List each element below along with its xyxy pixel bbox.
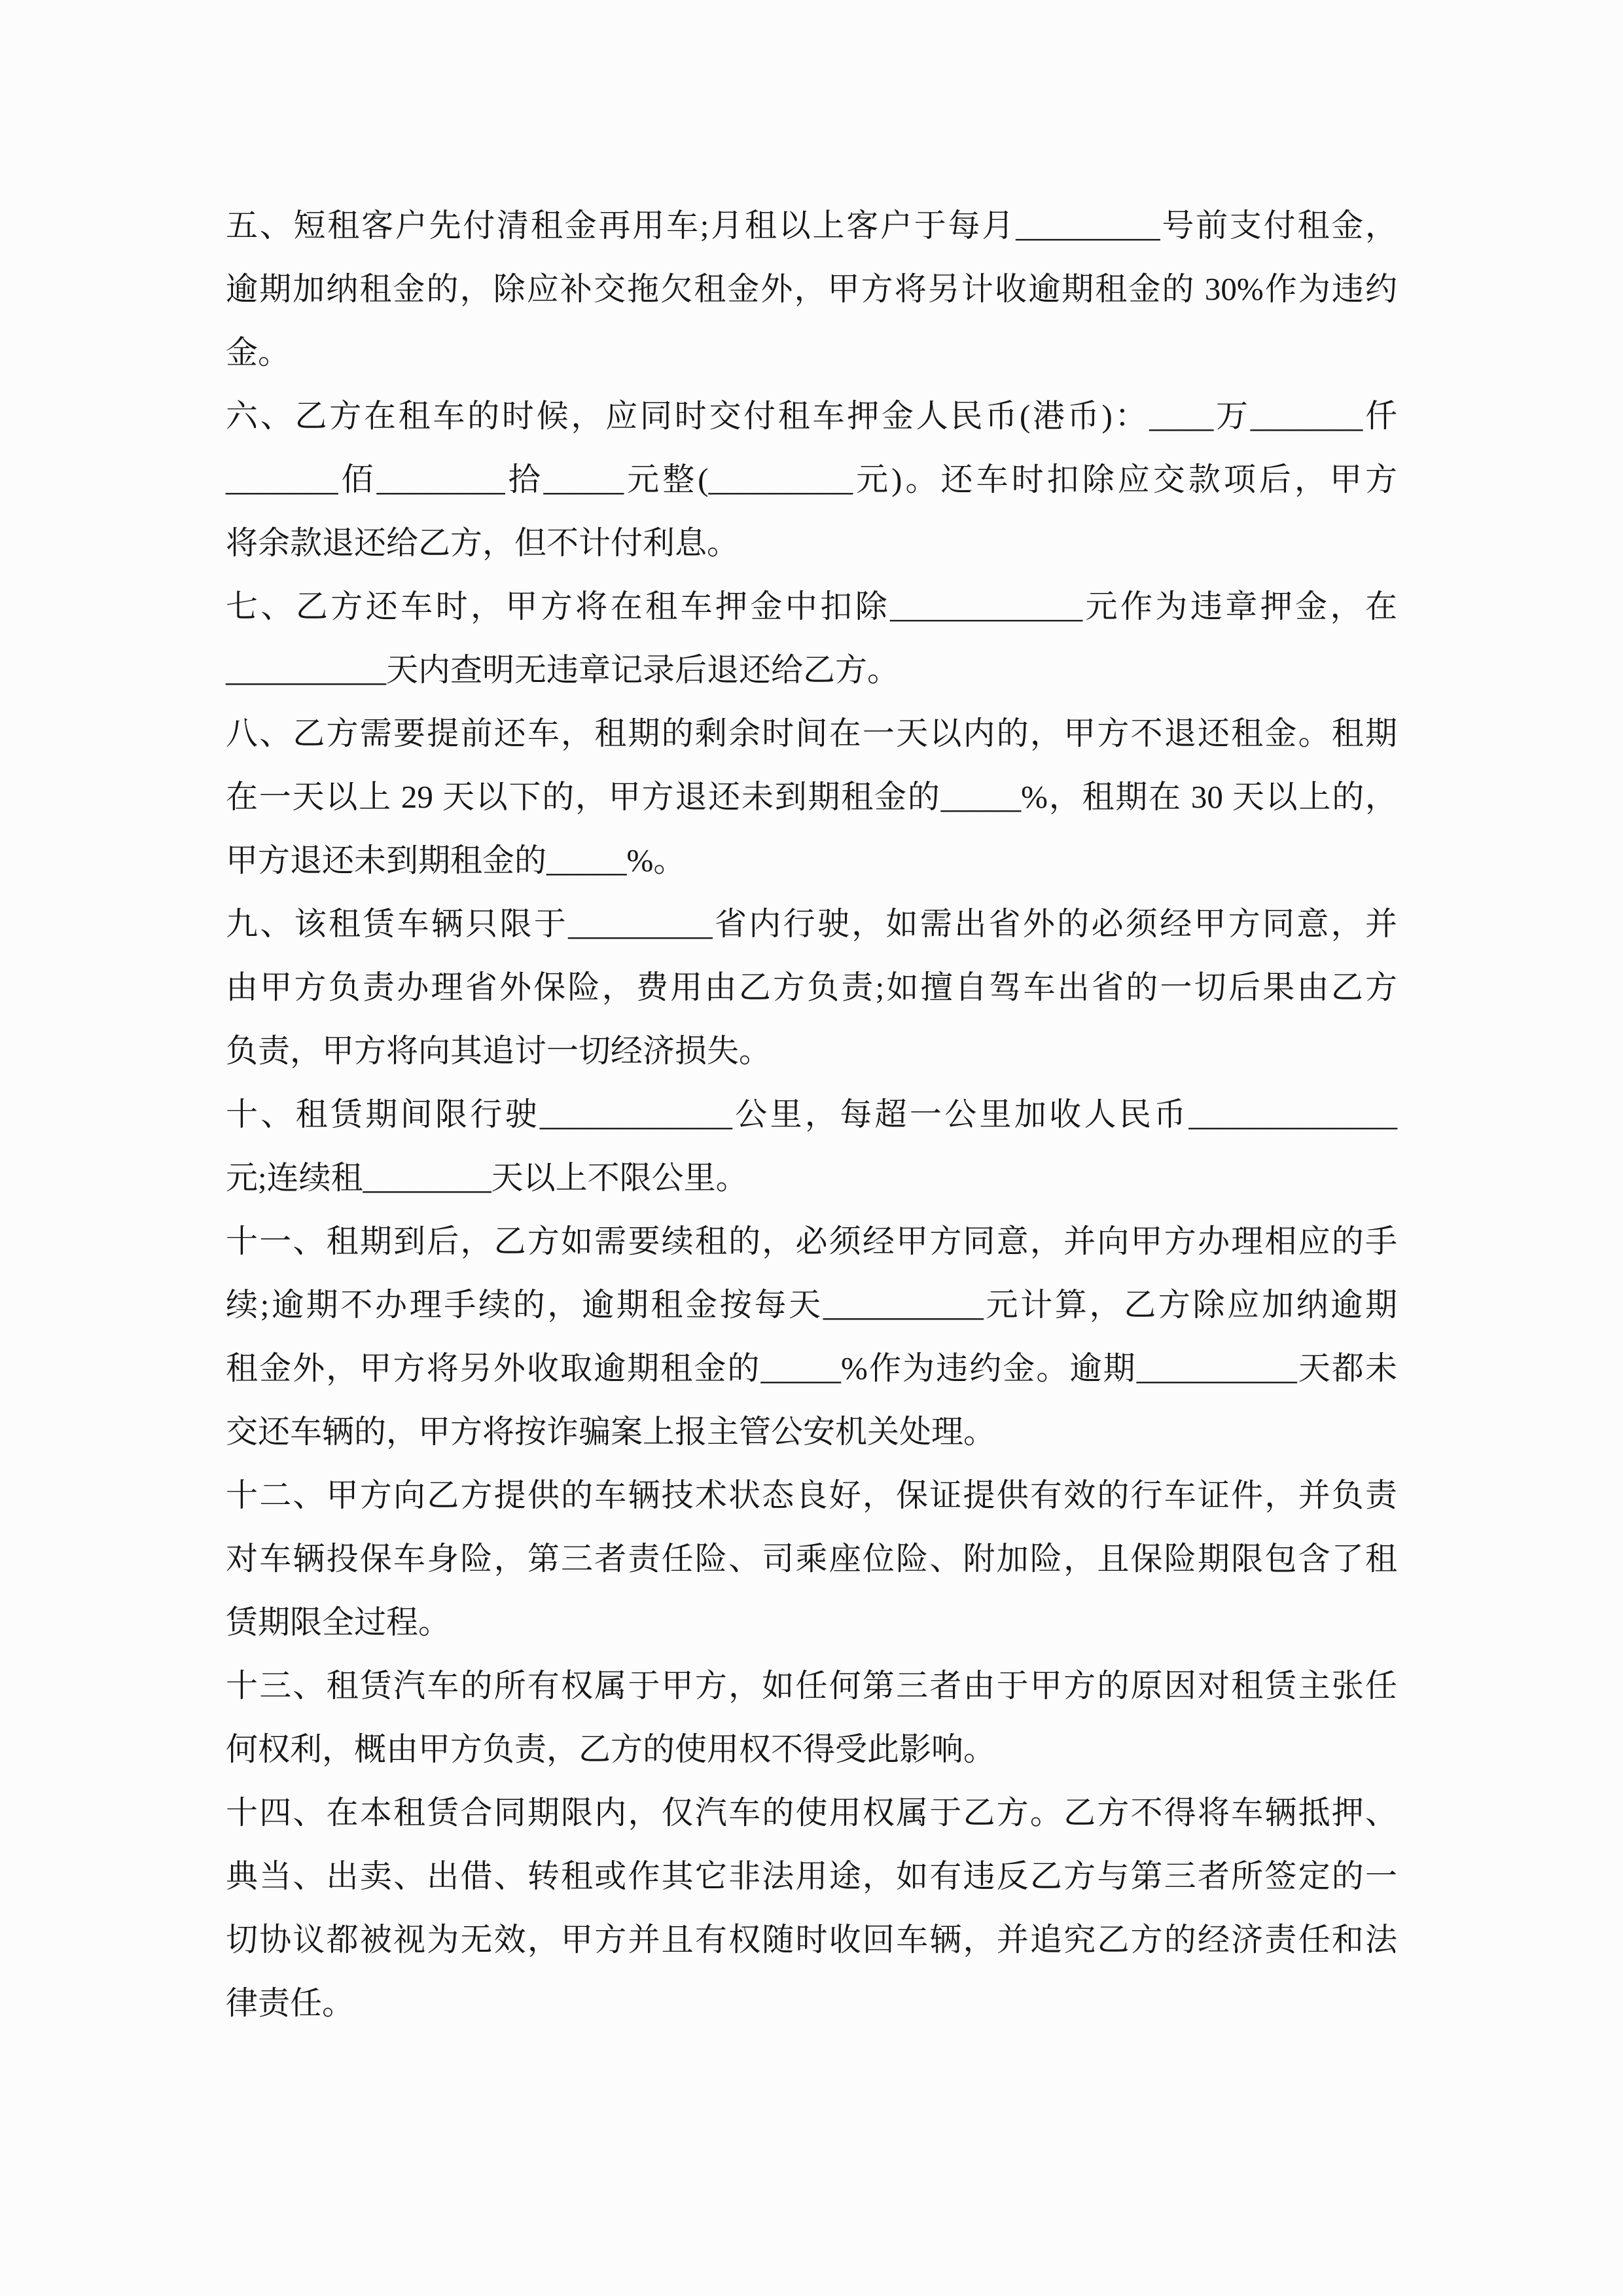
clause-6-line-2: _______佰________拾_____元整(_________元)。还车时… (226, 448, 1397, 511)
clause-8-line-1: 八、乙方需要提前还车，租期的剩余时间在一天以内的，甲方不退还租金。租期 (226, 702, 1397, 765)
clause-8: 八、乙方需要提前还车，租期的剩余时间在一天以内的，甲方不退还租金。租期 在一天以… (226, 702, 1397, 892)
clause-11: 十一、租期到后，乙方如需要续租的，必须经甲方同意，并向甲方办理相应的手 续;逾期… (226, 1210, 1397, 1463)
clause-6-line-1: 六、乙方在租车的时候，应同时交付租车押金人民币(港币)：____万_______… (226, 384, 1397, 448)
clause-12-line-3: 赁期限全过程。 (226, 1590, 1397, 1654)
document-page: 五、短租客户先付清租金再用车;月租以上客户于每月_________号前支付租金，… (0, 0, 1623, 2296)
clause-5-line-1: 五、短租客户先付清租金再用车;月租以上客户于每月_________号前支付租金， (226, 194, 1397, 257)
clause-14-line-3: 切协议都被视为无效，甲方并且有权随时收回车辆，并追究乙方的经济责任和法 (226, 1908, 1397, 1971)
clause-11-line-2: 续;逾期不办理手续的，逾期租金按每天__________元计算，乙方除应加纳逾期 (226, 1273, 1397, 1336)
clause-10-line-1: 十、租赁期间限行驶____________公里，每超一公里加收人民币______… (226, 1083, 1397, 1146)
clause-12-line-1: 十二、甲方向乙方提供的车辆技术状态良好，保证提供有效的行车证件，并负责 (226, 1463, 1397, 1527)
clause-13-line-2: 何权利，概由甲方负责，乙方的使用权不得受此影响。 (226, 1717, 1397, 1781)
clause-5-line-2: 逾期加纳租金的，除应补交拖欠租金外，甲方将另计收逾期租金的 30%作为违约 (226, 257, 1397, 321)
clause-12: 十二、甲方向乙方提供的车辆技术状态良好，保证提供有效的行车证件，并负责 对车辆投… (226, 1463, 1397, 1654)
clause-11-line-3: 租金外，甲方将另外收取逾期租金的_____%作为违约金。逾期__________… (226, 1336, 1397, 1400)
clause-7: 七、乙方还车时，甲方将在租车押金中扣除____________元作为违章押金，在… (226, 575, 1397, 702)
clause-9-line-2: 由甲方负责办理省外保险，费用由乙方负责;如擅自驾车出省的一切后果由乙方 (226, 956, 1397, 1019)
clause-13: 十三、租赁汽车的所有权属于甲方，如任何第三者由于甲方的原因对租赁主张任 何权利，… (226, 1654, 1397, 1781)
clause-9: 九、该租赁车辆只限于_________省内行驶，如需出省外的必须经甲方同意，并 … (226, 892, 1397, 1083)
clause-14-line-4: 律责任。 (226, 1971, 1397, 2035)
clause-13-line-1: 十三、租赁汽车的所有权属于甲方，如任何第三者由于甲方的原因对租赁主张任 (226, 1654, 1397, 1717)
clause-10-line-2: 元;连续租________天以上不限公里。 (226, 1146, 1397, 1210)
clause-9-line-1: 九、该租赁车辆只限于_________省内行驶，如需出省外的必须经甲方同意，并 (226, 892, 1397, 956)
clause-14-line-2: 典当、出卖、出借、转租或作其它非法用途，如有违反乙方与第三者所签定的一 (226, 1844, 1397, 1908)
clause-5: 五、短租客户先付清租金再用车;月租以上客户于每月_________号前支付租金，… (226, 194, 1397, 384)
clause-9-line-3: 负责，甲方将向其追讨一切经济损失。 (226, 1019, 1397, 1083)
clause-10: 十、租赁期间限行驶____________公里，每超一公里加收人民币______… (226, 1083, 1397, 1210)
clause-7-line-1: 七、乙方还车时，甲方将在租车押金中扣除____________元作为违章押金，在 (226, 575, 1397, 638)
clause-14: 十四、在本租赁合同期限内，仅汽车的使用权属于乙方。乙方不得将车辆抵押、 典当、出… (226, 1781, 1397, 2035)
clause-14-line-1: 十四、在本租赁合同期限内，仅汽车的使用权属于乙方。乙方不得将车辆抵押、 (226, 1781, 1397, 1844)
clause-8-line-2: 在一天以上 29 天以下的，甲方退还未到期租金的_____%，租期在 30 天以… (226, 765, 1397, 829)
clause-6: 六、乙方在租车的时候，应同时交付租车押金人民币(港币)：____万_______… (226, 384, 1397, 575)
contract-body: 五、短租客户先付清租金再用车;月租以上客户于每月_________号前支付租金，… (226, 194, 1397, 2035)
clause-11-line-1: 十一、租期到后，乙方如需要续租的，必须经甲方同意，并向甲方办理相应的手 (226, 1210, 1397, 1273)
clause-12-line-2: 对车辆投保车身险，第三者责任险、司乘座位险、附加险，且保险期限包含了租 (226, 1527, 1397, 1590)
clause-7-line-2: __________天内查明无违章记录后退还给乙方。 (226, 638, 1397, 702)
clause-11-line-4: 交还车辆的，甲方将按诈骗案上报主管公安机关处理。 (226, 1400, 1397, 1463)
clause-5-line-3: 金。 (226, 321, 1397, 384)
clause-6-line-3: 将余款退还给乙方，但不计付利息。 (226, 511, 1397, 575)
clause-8-line-3: 甲方退还未到期租金的_____%。 (226, 829, 1397, 892)
